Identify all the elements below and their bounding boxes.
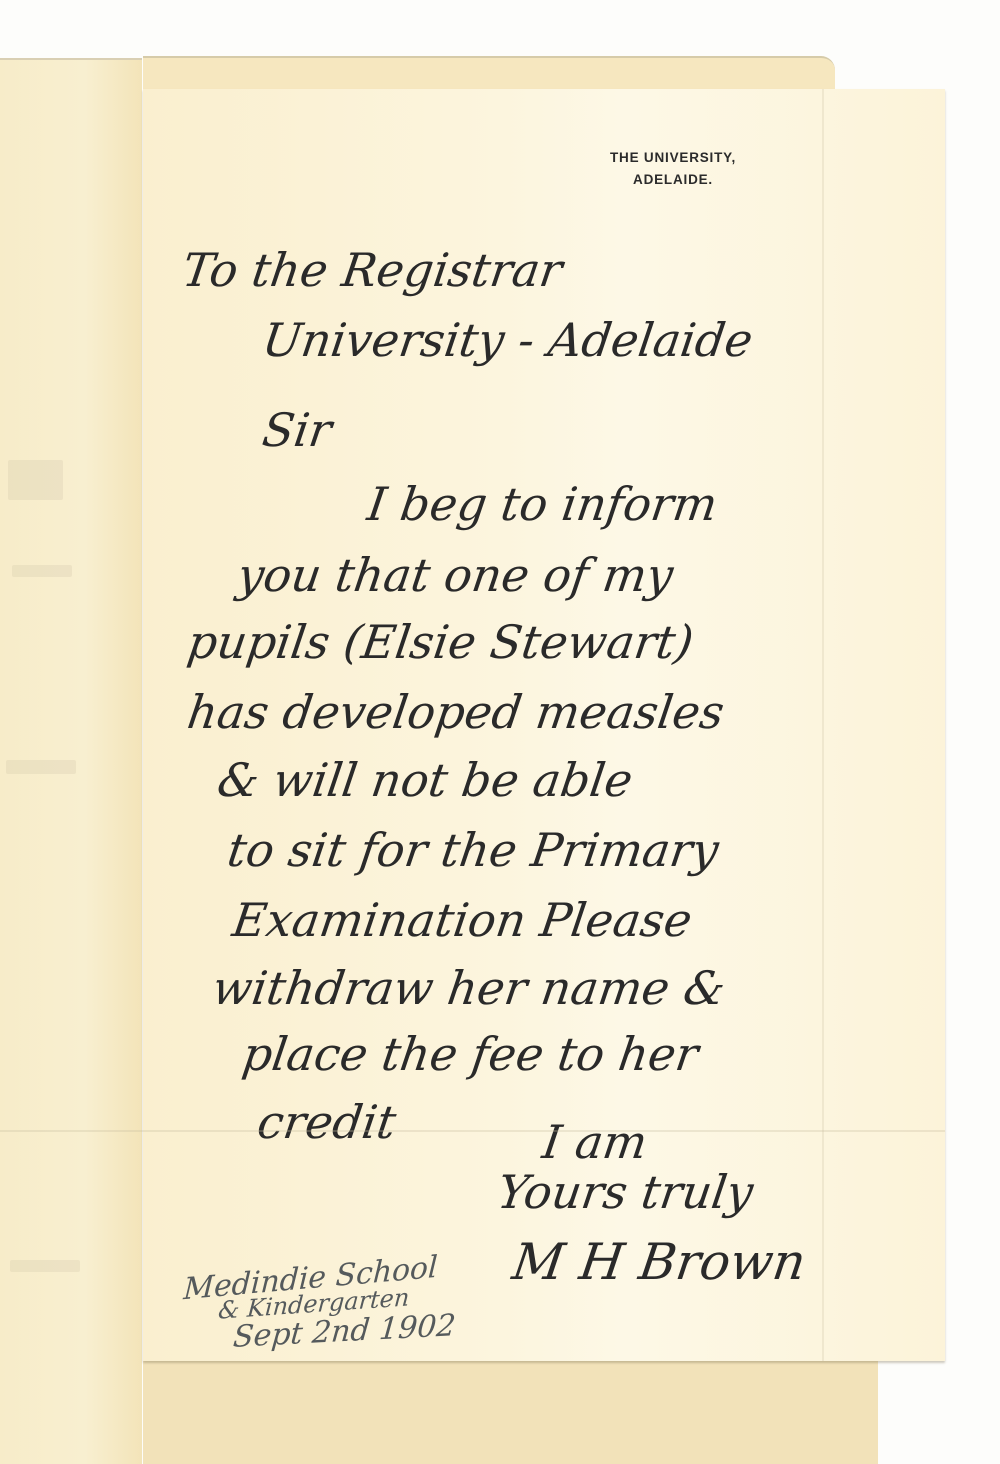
bleed-through-mark	[10, 1260, 80, 1272]
letterhead-line-2: ADELAIDE.	[543, 169, 803, 191]
body-line-5: & will not be able	[215, 757, 636, 803]
vertical-fold-line	[822, 89, 824, 1361]
closing-line-2: Yours truly	[495, 1169, 756, 1215]
horizontal-fold-line	[0, 1130, 945, 1132]
signature: M H Brown	[509, 1237, 808, 1287]
body-line-8: withdraw her name &	[210, 965, 728, 1011]
body-line-6: to sit for the Primary	[225, 827, 722, 873]
letterhead-line-1: THE UNIVERSITY,	[543, 147, 803, 169]
bleed-through-mark	[8, 460, 63, 500]
body-line-4: has developed measles	[185, 689, 727, 735]
addressee-line-2: University - Adelaide	[260, 317, 756, 363]
left-page	[0, 58, 142, 1464]
body-line-3: pupils (Elsie Stewart)	[185, 619, 696, 665]
salutation: Sir	[260, 407, 335, 453]
letter-date: Sept 2nd 1902	[232, 1311, 457, 1353]
body-line-2: you that one of my	[235, 552, 676, 598]
letterhead: THE UNIVERSITY, ADELAIDE.	[543, 147, 803, 191]
body-line-7: Examination Please	[230, 897, 695, 943]
closing-line-1: I am	[540, 1119, 650, 1165]
bleed-through-mark	[6, 760, 76, 774]
body-line-10: credit	[255, 1099, 399, 1145]
letter-page: THE UNIVERSITY, ADELAIDE. To the Registr…	[143, 89, 945, 1361]
body-line-9: place the fee to her	[240, 1031, 701, 1077]
under-sheet	[143, 1360, 878, 1464]
bleed-through-mark	[12, 565, 72, 577]
addressee-line-1: To the Registrar	[180, 247, 565, 293]
body-line-1: I beg to inform	[365, 481, 720, 527]
